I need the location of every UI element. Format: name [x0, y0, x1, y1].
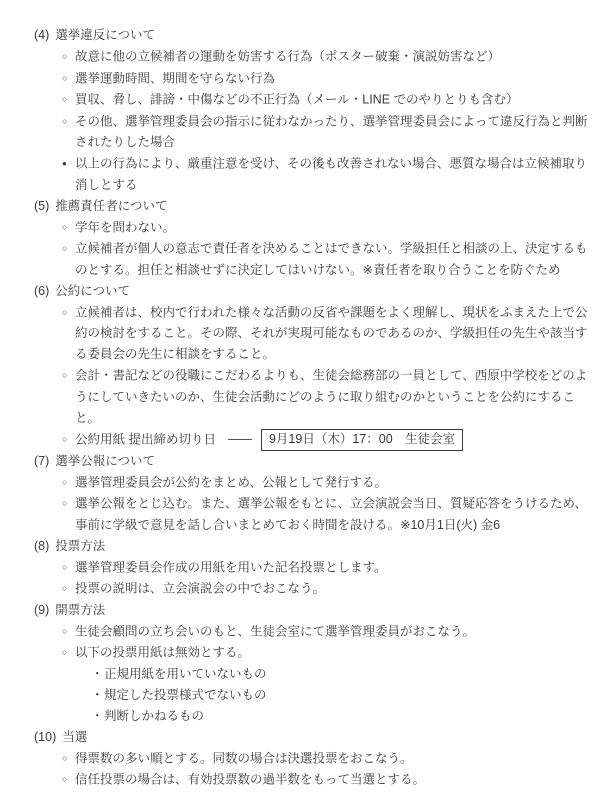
list-item-text: 学年を問わない。	[75, 220, 175, 234]
section-number: (8)	[34, 536, 49, 557]
section-number: (10)	[34, 727, 56, 748]
section-heading: (7)選挙公報について	[34, 451, 589, 472]
section-number: (6)	[34, 281, 49, 302]
section-heading: (9)開票方法	[34, 600, 589, 621]
list-item: ○投票の説明は、立会演説会の中でおこなう。	[62, 578, 589, 600]
section-heading: (10)当選	[34, 727, 589, 748]
list-item: ○学年を問わない。	[62, 217, 589, 239]
section: (6)公約について○立候補者は、校内で行われた様々な活動の反省や課題をよく理解し…	[34, 281, 589, 451]
list-item: ○生徒会顧問の立ち会いのもと、生徒会室にて選挙管理委員がおこなう。	[62, 621, 589, 643]
circle-bullet-icon: ○	[62, 89, 75, 110]
dot-bullet-icon: ・	[91, 685, 104, 706]
dot-bullet-icon: ・	[91, 706, 104, 727]
list-item-text: 信任投票の場合は、有効投票数の過半数をもって当選とする。	[75, 773, 425, 787]
circle-bullet-icon: ○	[62, 365, 75, 386]
list-item: ○その他、選挙管理委員会の指示に従わなかったり、選挙管理委員会によって違反行為と…	[62, 111, 589, 154]
circle-bullet-icon: ○	[62, 472, 75, 493]
section-heading: (6)公約について	[34, 281, 589, 302]
list-item-text: 立候補者は、校内で行われた様々な活動の反省や課題をよく理解し、現状をふまえた上で…	[75, 305, 588, 361]
list-item: ○故意に他の立候補者の運動を妨害する行為（ポスター破棄・演説妨害など）	[62, 46, 589, 68]
circle-bullet-icon: ○	[62, 217, 75, 238]
list-item: ○立候補者は、校内で行われた様々な活動の反省や課題をよく理解し、現状をふまえた上…	[62, 302, 589, 366]
list-item-text: 選挙管理委員会作成の用紙を用いた記名投票とします。	[75, 560, 387, 574]
section-title: 選挙違反について	[55, 28, 155, 42]
list-item: ○会計・書記などの役職にこだわるよりも、生徒会総務部の一員として、西原中学校をど…	[62, 365, 589, 429]
list-item: ・規定した投票様式でないもの	[91, 685, 589, 706]
list-item-text: 正規用紙を用いていないもの	[104, 667, 267, 681]
section-number: (5)	[34, 196, 49, 217]
section-heading: (4)選挙違反について	[34, 25, 589, 46]
section-heading: (8)投票方法	[34, 536, 589, 557]
list-item-text: 選挙公報をとじ込む。また、選挙公報をもとに、立会演説会当日、質疑応答をうけるため…	[75, 497, 587, 532]
section: (9)開票方法○生徒会顧問の立ち会いのもと、生徒会室にて選挙管理委員がおこなう。…	[34, 600, 589, 727]
section: (7)選挙公報について○選挙管理委員会が公約をまとめ、公報として発行する。○選挙…	[34, 451, 589, 536]
disc-bullet-icon: ●	[62, 153, 75, 174]
circle-bullet-icon: ○	[62, 748, 75, 769]
list-item-text: 投票の説明は、立会演説会の中でおこなう。	[75, 582, 325, 596]
list-item: ○買収、脅し、誹謗・中傷などの不正行為（メール・LINE でのやりとりも含む）	[62, 89, 589, 111]
section-number: (7)	[34, 451, 49, 472]
list-item-text: 選挙運動時間、期間を守らない行為	[75, 71, 275, 85]
circle-bullet-icon: ○	[62, 642, 75, 663]
list-item: ○選挙管理委員会作成の用紙を用いた記名投票とします。	[62, 557, 589, 579]
section-number: (9)	[34, 600, 49, 621]
list-item: ○信任投票の場合は、有効投票数の過半数をもって当選とする。	[62, 769, 589, 791]
list-item: ○選挙管理委員会が公約をまとめ、公報として発行する。	[62, 472, 589, 494]
section-number: (4)	[34, 25, 49, 46]
circle-bullet-icon: ○	[62, 111, 75, 132]
document-page: (4)選挙違反について○故意に他の立候補者の運動を妨害する行為（ポスター破棄・演…	[0, 0, 616, 800]
list-item: ●以上の行為により、厳重注意を受け、その後も改善されない場合、悪質な場合は立候補…	[62, 153, 589, 196]
dash-line: ――	[228, 429, 251, 450]
list-item: ○選挙運動時間、期間を守らない行為	[62, 68, 589, 90]
section: (4)選挙違反について○故意に他の立候補者の運動を妨害する行為（ポスター破棄・演…	[34, 25, 589, 196]
document-body: (4)選挙違反について○故意に他の立候補者の運動を妨害する行為（ポスター破棄・演…	[34, 25, 589, 791]
circle-bullet-icon: ○	[62, 429, 75, 450]
list-item-text: 買収、脅し、誹謗・中傷などの不正行為（メール・LINE でのやりとりも含む）	[75, 93, 519, 107]
circle-bullet-icon: ○	[62, 46, 75, 67]
section: (8)投票方法○選挙管理委員会作成の用紙を用いた記名投票とします。○投票の説明は…	[34, 536, 589, 600]
list-item-text: 以下の投票用紙は無効とする。	[75, 646, 250, 660]
section-heading: (5)推薦責任者について	[34, 196, 589, 217]
list-item-text: 規定した投票様式でないもの	[104, 688, 267, 702]
circle-bullet-icon: ○	[62, 68, 75, 89]
section-title: 開票方法	[55, 603, 105, 617]
list-item-text: 立候補者が個人の意志で責任者を決めることはできない。学級担任と相談の上、決定する…	[75, 242, 588, 277]
circle-bullet-icon: ○	[62, 769, 75, 790]
circle-bullet-icon: ○	[62, 621, 75, 642]
deadline-box: 9月19日（木）17：00 生徒会室	[261, 429, 463, 451]
list-item-text: 判断しかねるもの	[104, 709, 204, 723]
list-item-text: 会計・書記などの役職にこだわるよりも、生徒会総務部の一員として、西原中学校をどの…	[75, 369, 587, 425]
circle-bullet-icon: ○	[62, 578, 75, 599]
list-item: ○選挙公報をとじ込む。また、選挙公報をもとに、立会演説会当日、質疑応答をうけるた…	[62, 493, 589, 536]
section-title: 推薦責任者について	[55, 199, 167, 213]
section-title: 投票方法	[55, 539, 105, 553]
section: (5)推薦責任者について○学年を問わない。○立候補者が個人の意志で責任者を決める…	[34, 196, 589, 281]
circle-bullet-icon: ○	[62, 557, 75, 578]
circle-bullet-icon: ○	[62, 493, 75, 514]
section-title: 当選	[62, 730, 87, 744]
list-item-text: 生徒会顧問の立ち会いのもと、生徒会室にて選挙管理委員がおこなう。	[75, 624, 475, 638]
list-item-text: 選挙管理委員会が公約をまとめ、公報として発行する。	[75, 475, 387, 489]
list-item-text: 得票数の多い順とする。同数の場合は決選投票をおこなう。	[75, 751, 413, 765]
deadline-label: 公約用紙 提出締め切り日	[75, 432, 216, 446]
list-item-text: その他、選挙管理委員会の指示に従わなかったり、選挙管理委員会によって違反行為と判…	[75, 114, 588, 149]
section-title: 公約について	[55, 284, 130, 298]
list-item: ・判断しかねるもの	[91, 706, 589, 727]
list-item-text: 以上の行為により、厳重注意を受け、その後も改善されない場合、悪質な場合は立候補取…	[75, 157, 587, 192]
circle-bullet-icon: ○	[62, 302, 75, 323]
section-title: 選挙公報について	[55, 454, 155, 468]
circle-bullet-icon: ○	[62, 238, 75, 259]
list-item: ○立候補者が個人の意志で責任者を決めることはできない。学級担任と相談の上、決定す…	[62, 238, 589, 281]
list-item: ○以下の投票用紙は無効とする。	[62, 642, 589, 664]
section: (10)当選○得票数の多い順とする。同数の場合は決選投票をおこなう。○信任投票の…	[34, 727, 589, 791]
dot-bullet-icon: ・	[91, 664, 104, 685]
list-item-text: 故意に他の立候補者の運動を妨害する行為（ポスター破棄・演説妨害など）	[75, 50, 500, 64]
list-item: ○公約用紙 提出締め切り日――9月19日（木）17：00 生徒会室	[62, 429, 589, 451]
list-item: ○得票数の多い順とする。同数の場合は決選投票をおこなう。	[62, 748, 589, 770]
list-item: ・正規用紙を用いていないもの	[91, 664, 589, 685]
